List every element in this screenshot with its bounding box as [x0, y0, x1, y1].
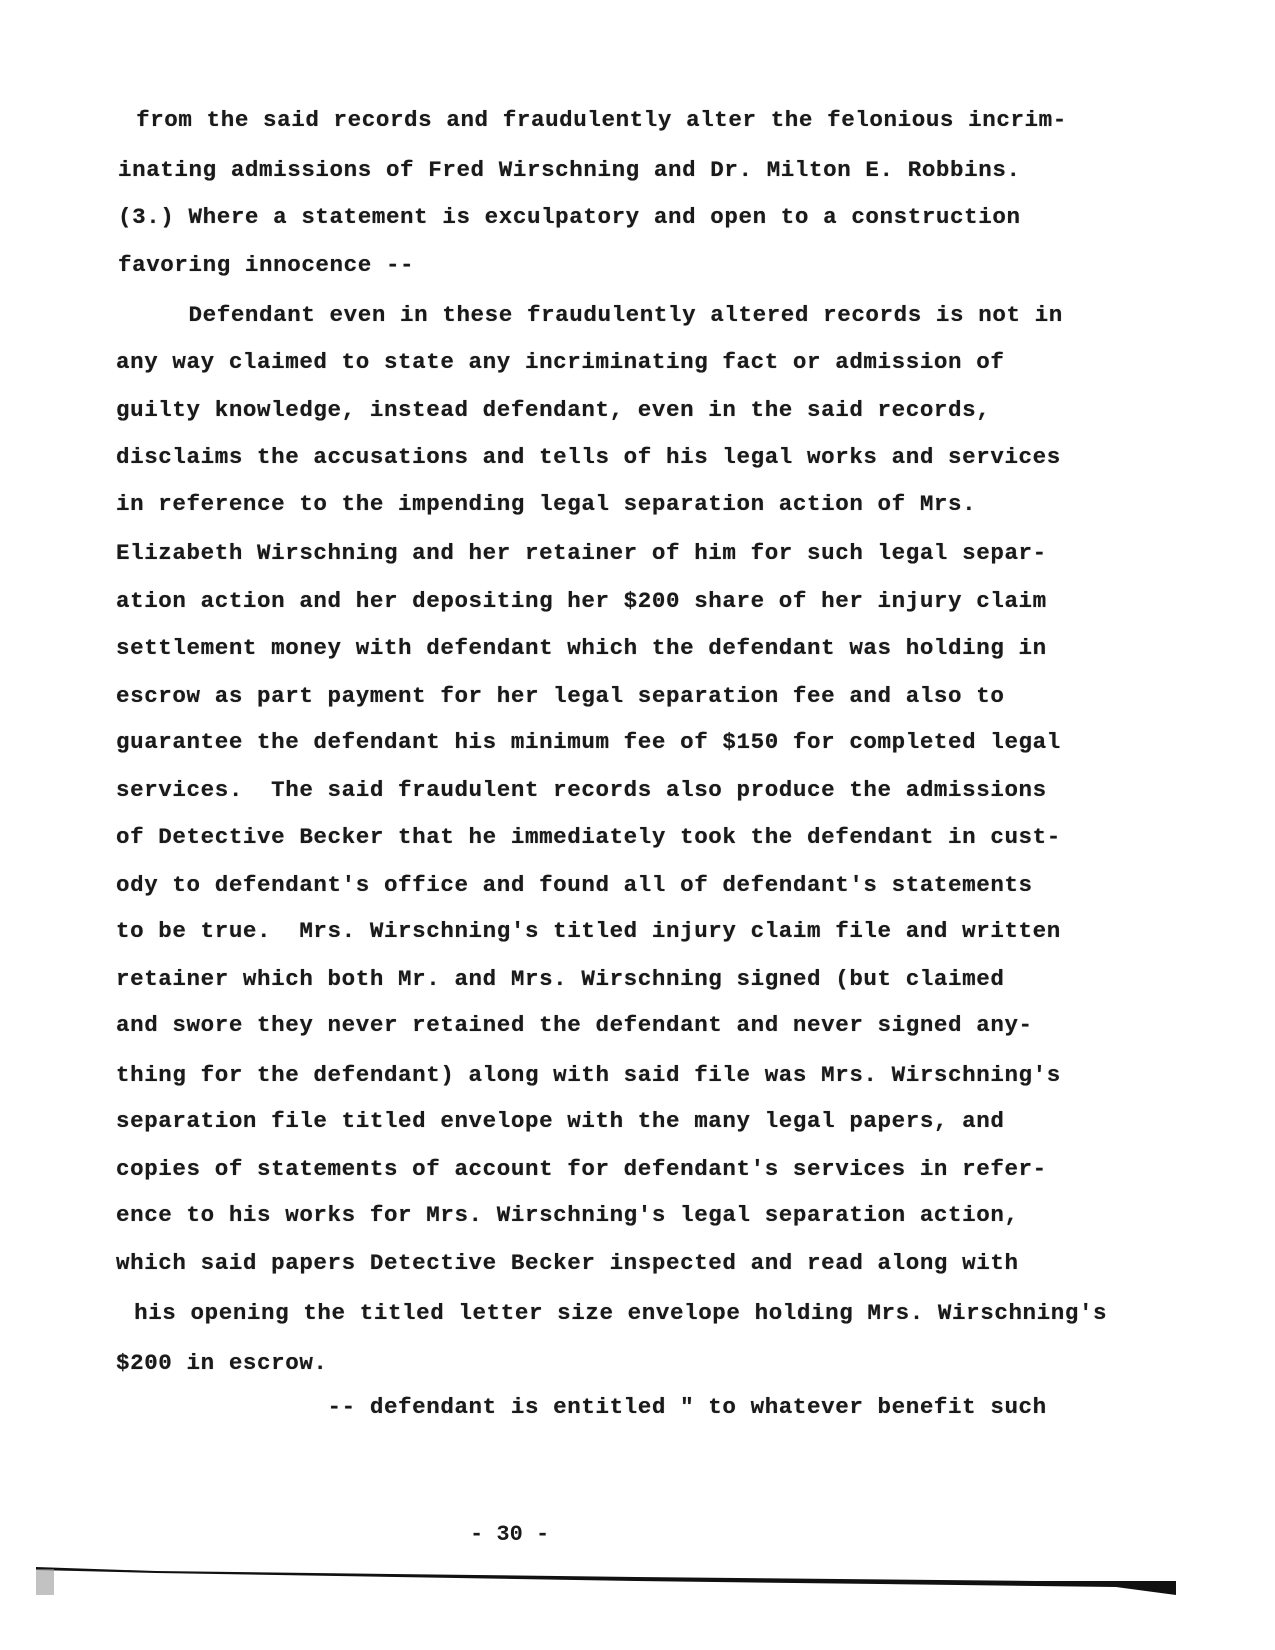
text-line: ody to defendant's office and found all … — [116, 872, 1033, 898]
text-line: escrow as part payment for her legal sep… — [116, 683, 1004, 709]
text-line: from the said records and fraudulently a… — [122, 107, 1067, 133]
text-line: of Detective Becker that he immediately … — [116, 824, 1061, 850]
text-line: Elizabeth Wirschning and her retainer of… — [116, 540, 1047, 566]
text-line: in reference to the impending legal sepa… — [116, 491, 976, 517]
text-line: (3.) Where a statement is exculpatory an… — [118, 204, 1021, 230]
text-line: to be true. Mrs. Wirschning's titled inj… — [116, 918, 1061, 944]
text-line: disclaims the accusations and tells of h… — [116, 444, 1061, 470]
text-line: retainer which both Mr. and Mrs. Wirschn… — [116, 966, 1004, 992]
text-line: his opening the titled letter size envel… — [120, 1300, 1107, 1326]
text-line: Defendant even in these fraudulently alt… — [118, 302, 1063, 328]
text-line: copies of statements of account for defe… — [116, 1156, 1047, 1182]
text-line: ence to his works for Mrs. Wirschning's … — [116, 1202, 1019, 1228]
text-line: which said papers Detective Becker inspe… — [116, 1250, 1019, 1276]
text-line: -- defendant is entitled " to whatever b… — [116, 1394, 1047, 1420]
text-line: ation action and her depositing her $200… — [116, 588, 1047, 614]
text-line: any way claimed to state any incriminati… — [116, 349, 1004, 375]
text-line: thing for the defendant) along with said… — [116, 1062, 1061, 1088]
scan-edge-shadow — [36, 1567, 1176, 1597]
document-page: from the said records and fraudulently a… — [0, 0, 1275, 1650]
text-line: settlement money with defendant which th… — [116, 635, 1047, 661]
text-line: inating admissions of Fred Wirschning an… — [118, 157, 1021, 183]
page-number: - 30 - — [470, 1522, 549, 1547]
text-line: and swore they never retained the defend… — [116, 1012, 1033, 1038]
text-line: services. The said fraudulent records al… — [116, 777, 1047, 803]
text-line: favoring innocence -- — [118, 252, 414, 278]
text-line: guarantee the defendant his minimum fee … — [116, 729, 1061, 755]
text-line: guilty knowledge, instead defendant, eve… — [116, 397, 990, 423]
text-line: separation file titled envelope with the… — [116, 1108, 1004, 1134]
text-line: $200 in escrow. — [116, 1350, 328, 1376]
